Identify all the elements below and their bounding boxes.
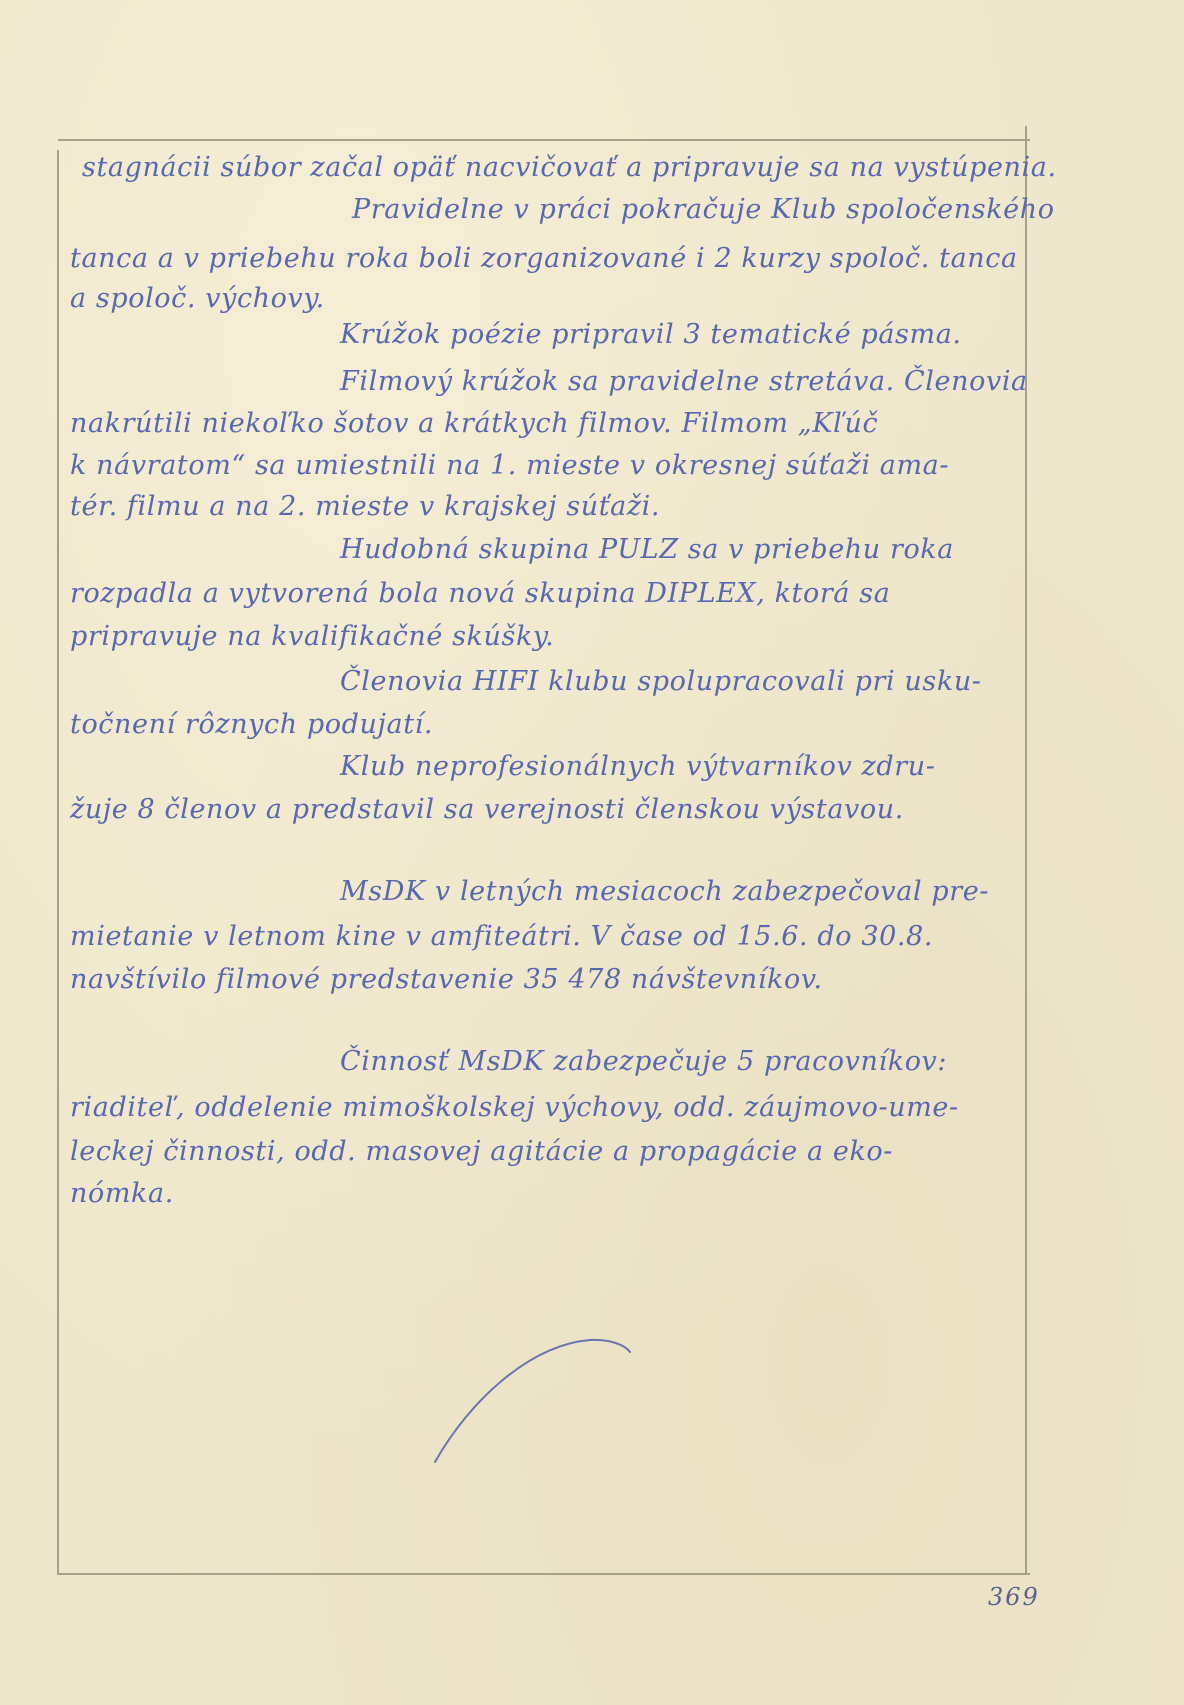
pen-flourish-mark xyxy=(0,0,1184,1705)
page-number: 369 xyxy=(988,1583,1040,1611)
